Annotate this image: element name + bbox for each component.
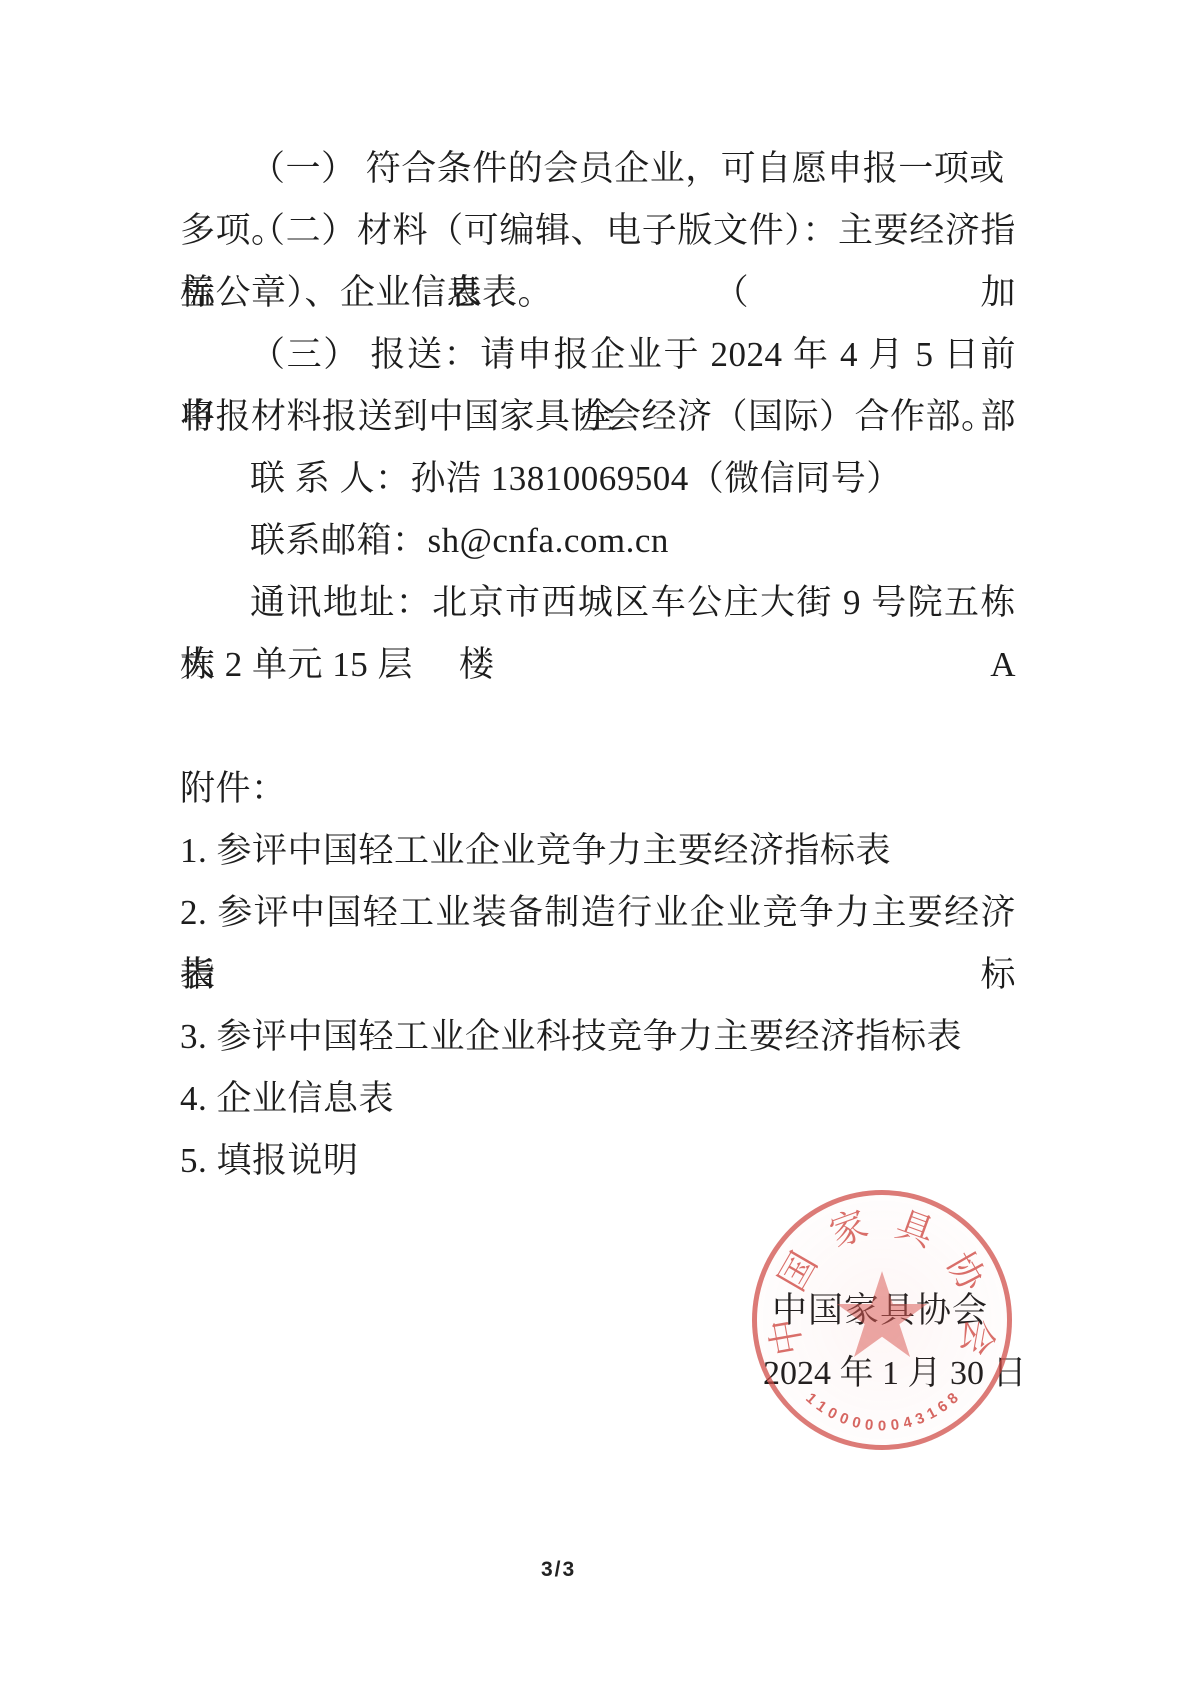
- line-attachment-2: 2. 参评中国轻工业装备制造行业企业竞争力主要经济指标: [180, 882, 1016, 944]
- line-attachment-5: 5. 填报说明: [180, 1130, 1016, 1192]
- line-address: 通讯地址：北京市西城区车公庄大街 9 号院五栋大楼 A: [180, 572, 1016, 634]
- seal-arc-char: 具: [891, 1206, 938, 1253]
- line-clause-3-cont: 申报材料报送到中国家具协会经济（国际）合作部。: [180, 386, 1016, 448]
- seal-arc-char: 家: [825, 1206, 872, 1253]
- line-attachments-heading: 附件：: [180, 758, 1016, 820]
- document-page: （一） 符合条件的会员企业，可自愿申报一项或多项。 （二）材料（可编辑、电子版文…: [0, 0, 1190, 1682]
- seal-serial-digit: 0: [837, 1410, 850, 1427]
- page-number: 3/3: [541, 1558, 576, 1582]
- seal-serial-digit: 0: [825, 1405, 839, 1422]
- seal-serial-digit: 0: [890, 1417, 900, 1433]
- seal-serial-digit: 1: [925, 1405, 939, 1422]
- seal-serial-digit: 1: [813, 1398, 828, 1415]
- line-contact-person: 联 系 人：孙浩 13810069504（微信同号）: [180, 448, 1016, 510]
- seal-serial-digit: 6: [935, 1398, 950, 1415]
- line-clause-2: （二）材料（可编辑、电子版文件）：主要经济指标表（加: [180, 200, 1016, 262]
- line-blank: [180, 696, 1016, 758]
- signature-date: 2024 年 1 月 30 日: [763, 1345, 1027, 1394]
- seal-serial-digit: 0: [850, 1415, 862, 1432]
- seal-serial-digit: 0: [878, 1419, 886, 1434]
- seal-serial-digit: 4: [902, 1415, 914, 1432]
- line-attachment-4: 4. 企业信息表: [180, 1068, 1016, 1130]
- seal-serial-digit: 3: [913, 1410, 926, 1427]
- line-attachment-1: 1. 参评中国轻工业企业竞争力主要经济指标表: [180, 820, 1016, 882]
- line-attachment-3: 3. 参评中国轻工业企业科技竞争力主要经济指标表: [180, 1006, 1016, 1068]
- document-body: （一） 符合条件的会员企业，可自愿申报一项或多项。 （二）材料（可编辑、电子版文…: [180, 138, 1016, 1192]
- seal-serial-digit: 0: [864, 1417, 874, 1433]
- line-clause-3: （三） 报送：请申报企业于 2024 年 4 月 5 日前将全部: [180, 324, 1016, 386]
- line-clause-1: （一） 符合条件的会员企业，可自愿申报一项或多项。: [180, 138, 1016, 200]
- line-contact-email: 联系邮箱：sh@cnfa.com.cn: [180, 510, 1016, 572]
- signature-org: 中国家具协会: [772, 1283, 988, 1333]
